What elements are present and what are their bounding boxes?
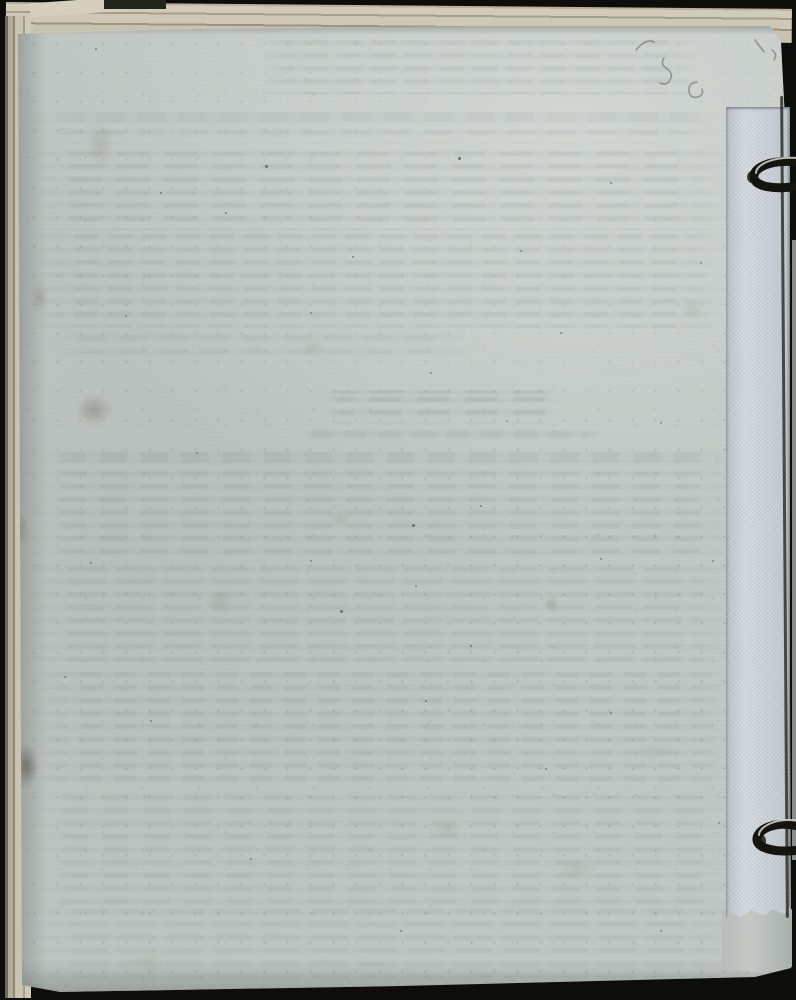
speckle — [660, 422, 662, 424]
speckle — [470, 645, 472, 647]
speckle — [95, 48, 97, 50]
speckle — [64, 676, 66, 678]
speckle — [160, 192, 162, 194]
tape-remnant-bottom — [722, 905, 792, 975]
speckle — [718, 822, 720, 824]
speckle — [90, 562, 92, 564]
speckle — [415, 585, 417, 587]
speckle — [700, 262, 702, 264]
foxing-speckles — [0, 0, 796, 1000]
speckle — [660, 930, 662, 932]
speckle — [310, 312, 312, 314]
speckle — [458, 157, 461, 160]
speckle — [310, 560, 312, 562]
speckle — [480, 505, 482, 507]
speckle — [610, 712, 612, 714]
document-page — [0, 0, 796, 1000]
speckle — [340, 610, 343, 613]
speckle — [430, 372, 432, 374]
speckle — [352, 256, 354, 258]
speckle — [125, 315, 127, 317]
speckle — [400, 930, 402, 932]
speckle — [425, 700, 427, 702]
binder-spine-notch — [104, 0, 166, 9]
speckle — [560, 332, 562, 334]
page-bottom-shadow — [0, 962, 796, 996]
speckle — [412, 524, 415, 527]
speckle — [196, 452, 198, 454]
speckle — [225, 212, 227, 214]
speckle — [506, 420, 508, 422]
speckle — [520, 250, 522, 252]
speckle — [712, 560, 714, 562]
page-right-edge-sliver — [792, 240, 796, 860]
speckle — [265, 165, 268, 168]
speckle — [150, 720, 152, 722]
speckle — [610, 182, 612, 184]
speckle — [545, 768, 547, 770]
photo-scene — [0, 0, 796, 1000]
speckle — [250, 858, 252, 860]
speckle — [600, 558, 602, 560]
